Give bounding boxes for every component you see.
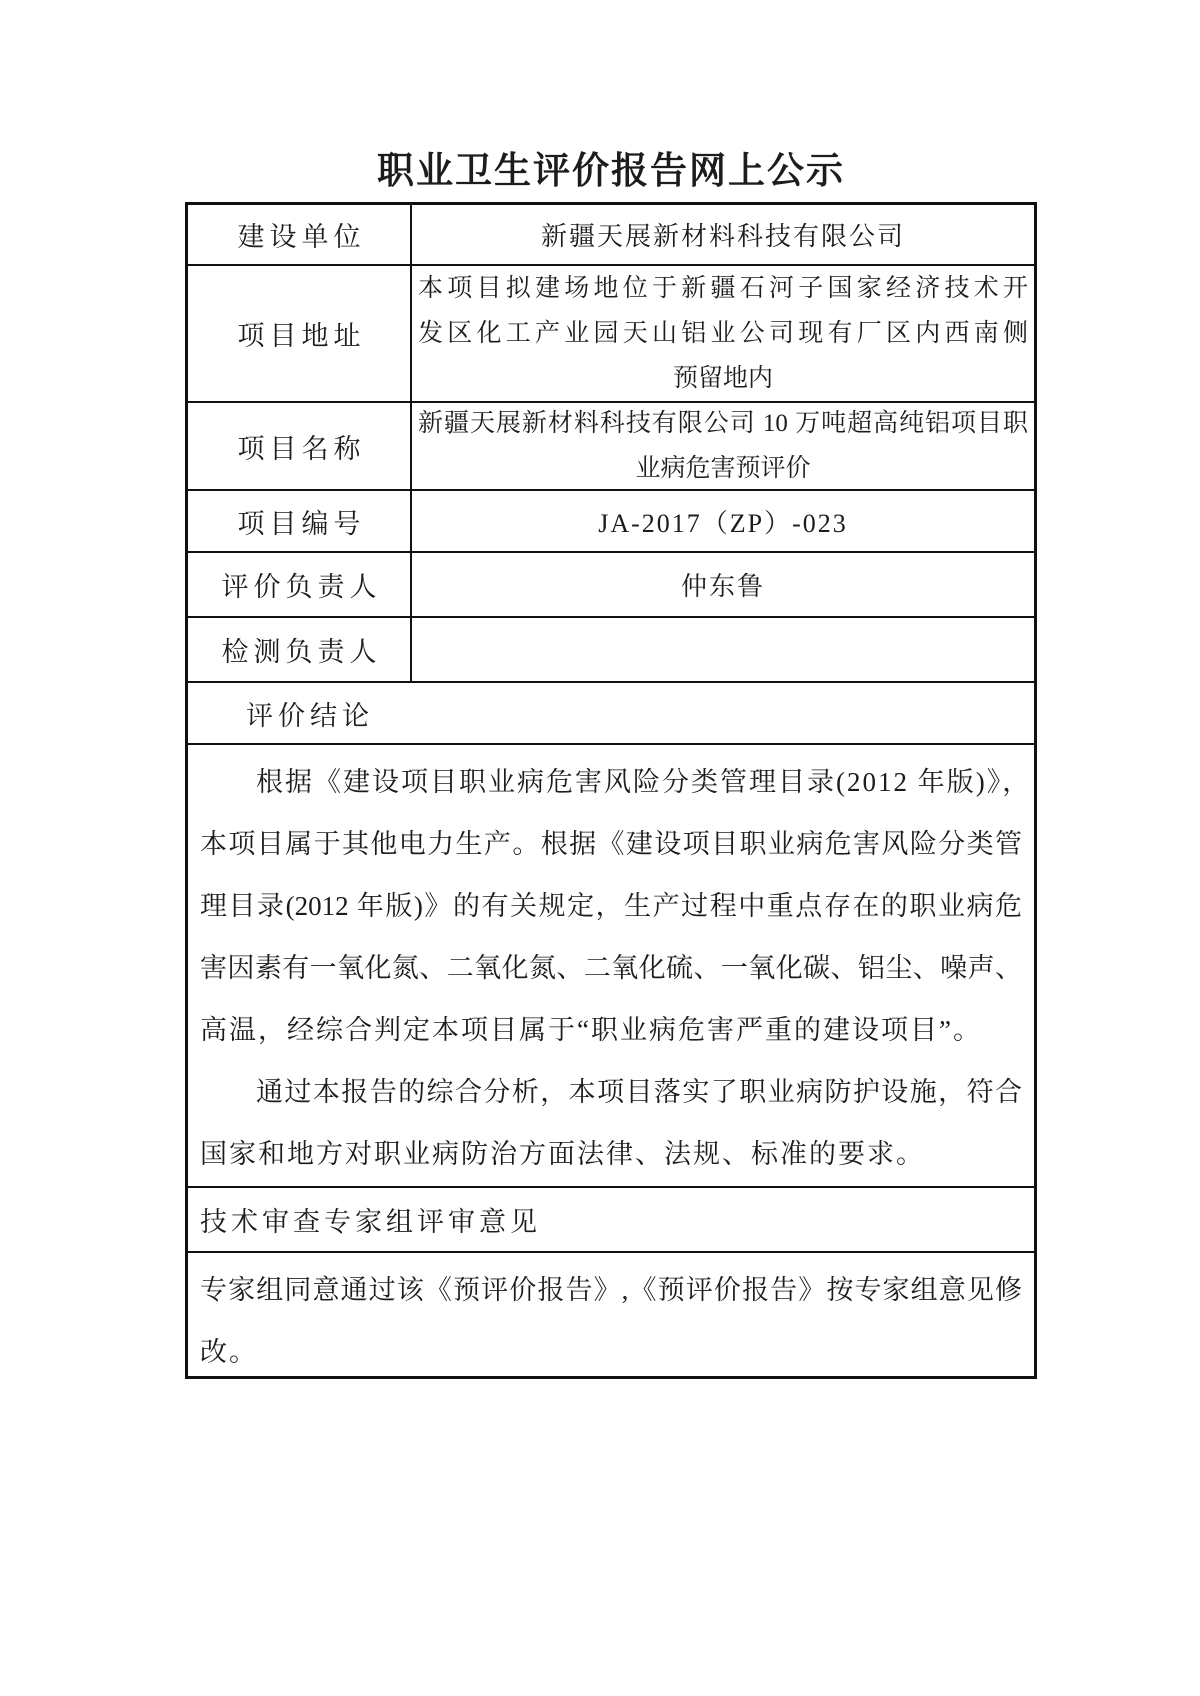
row-value-construction-unit: 新疆天展新材料科技有限公司 [412,205,1034,264]
expert-opinion-line: 专家组同意通过该《预评价报告》,《预评价报告》按专家组意见修 [200,1259,1022,1321]
row-value-testing-leader [412,618,1034,681]
conclusion-line: 国家和地方对职业病防治方面法律、法规、标准的要求。 [200,1123,1022,1185]
table-row-expert-header: 技术审查专家组评审意见 [188,1186,1034,1251]
conclusion-line: 本项目属于其他电力生产。根据《建设项目职业病危害风险分类管 [200,813,1022,875]
row-value-project-name: 新疆天展新材料科技有限公司 10 万吨超高纯铝项目职 业病危害预评价 [412,403,1034,489]
conclusion-line: 通过本报告的综合分析，本项目落实了职业病防护设施，符合 [200,1061,1022,1123]
value-line: JA-2017（ZP）-023 [418,503,1028,540]
row-label-evaluation-leader: 评价负责人 [188,553,412,616]
conclusion-header-label: 评价结论 [246,694,374,733]
value-line: 预留地内 [418,356,1028,401]
expert-opinion-line: 改。 [200,1321,1022,1383]
row-value-project-address: 本项目拟建场地位于新疆石河子国家经济技术开 发区化工产业园天山铝业公司现有厂区内… [412,266,1034,401]
conclusion-line: 高温，经综合判定本项目属于“职业病危害严重的建设项目”。 [200,999,1022,1061]
row-label-project-name: 项目名称 [188,403,412,489]
row-label-construction-unit: 建设单位 [188,205,412,264]
table-row-project-number: 项目编号 JA-2017（ZP）-023 [188,489,1034,551]
page-title: 职业卫生评价报告网上公示 [185,140,1037,194]
table-row-construction-unit: 建设单位 新疆天展新材料科技有限公司 [188,205,1034,264]
value-line: 新疆天展新材料科技有限公司 10 万吨超高纯铝项目职 [418,401,1028,446]
table-row-project-address: 项目地址 本项目拟建场地位于新疆石河子国家经济技术开 发区化工产业园天山铝业公司… [188,264,1034,401]
document-page: 职业卫生评价报告网上公示 建设单位 新疆天展新材料科技有限公司 项目地址 本项目… [0,0,1200,1696]
table-row-testing-leader: 检测负责人 [188,616,1034,681]
publicity-table: 建设单位 新疆天展新材料科技有限公司 项目地址 本项目拟建场地位于新疆石河子国家… [185,202,1037,1379]
table-row-conclusion-body: 根据《建设项目职业病危害风险分类管理目录(2012 年版)》， 本项目属于其他电… [188,743,1034,1186]
row-value-evaluation-leader: 仲东鲁 [412,553,1034,616]
row-value-project-number: JA-2017（ZP）-023 [412,491,1034,551]
table-row-expert-opinion: 专家组同意通过该《预评价报告》,《预评价报告》按专家组意见修 改。 [188,1251,1034,1376]
row-label-project-address: 项目地址 [188,266,412,401]
table-row-conclusion-header: 评价结论 [188,681,1034,743]
conclusion-line: 根据《建设项目职业病危害风险分类管理目录(2012 年版)》， [200,751,1022,813]
table-row-evaluation-leader: 评价负责人 仲东鲁 [188,551,1034,616]
expert-opinion-paragraph: 专家组同意通过该《预评价报告》,《预评价报告》按专家组意见修 改。 [200,1259,1022,1383]
value-line: 发区化工产业园天山铝业公司现有厂区内西南侧 [418,311,1028,356]
conclusion-paragraph-1: 根据《建设项目职业病危害风险分类管理目录(2012 年版)》， 本项目属于其他电… [200,751,1022,1185]
value-line: 业病危害预评价 [418,446,1028,491]
row-label-testing-leader: 检测负责人 [188,618,412,681]
conclusion-line: 害因素有一氧化氮、二氧化氮、二氧化硫、一氧化碳、铝尘、噪声、 [200,937,1022,999]
value-line: 新疆天展新材料科技有限公司 [418,216,1028,253]
value-line: 本项目拟建场地位于新疆石河子国家经济技术开 [418,266,1028,311]
table-row-project-name: 项目名称 新疆天展新材料科技有限公司 10 万吨超高纯铝项目职 业病危害预评价 [188,401,1034,489]
row-label-project-number: 项目编号 [188,491,412,551]
value-line: 仲东鲁 [418,566,1028,603]
conclusion-line: 理目录(2012 年版)》的有关规定，生产过程中重点存在的职业病危 [200,875,1022,937]
expert-header-label: 技术审查专家组评审意见 [200,1200,541,1239]
